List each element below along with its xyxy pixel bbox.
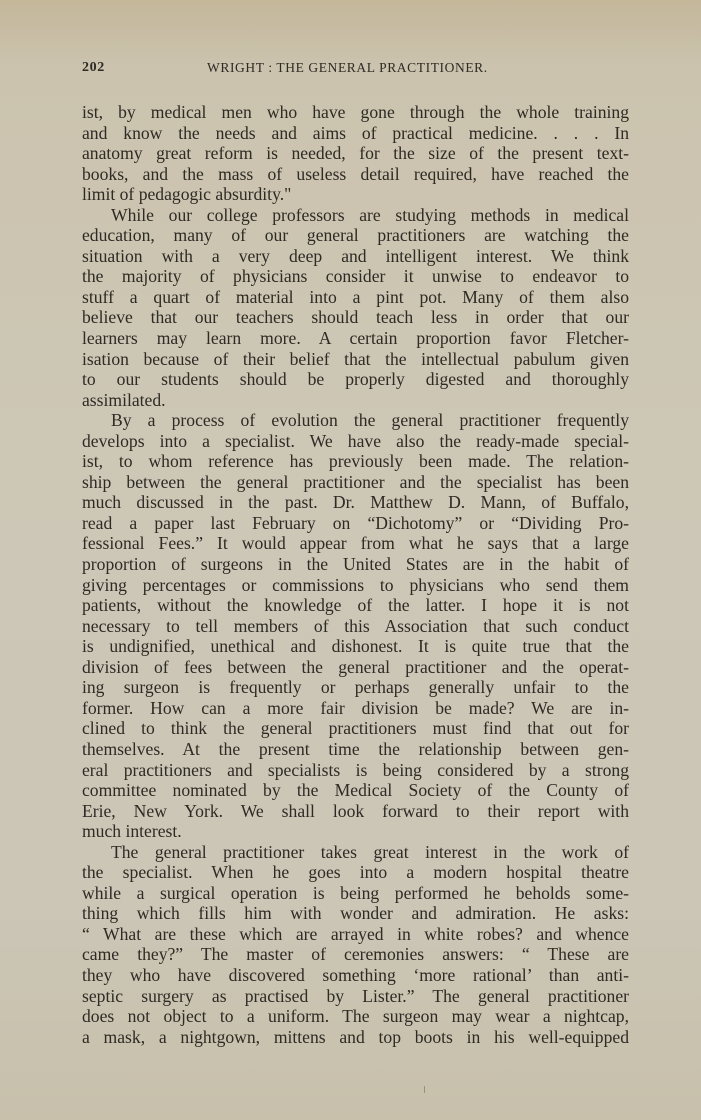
running-title: WRIGHT : THE GENERAL PRACTITIONER. — [207, 60, 488, 76]
text-line: Erie, New York. We shall look forward to… — [82, 801, 629, 822]
text-line: much interest. — [82, 821, 629, 842]
text-line: while a surgical operation is being perf… — [82, 883, 629, 904]
text-line: isation because of their belief that the… — [82, 349, 629, 370]
text-line: stuff a quart of material into a pint po… — [82, 287, 629, 308]
text-line: read a paper last February on “Dichotomy… — [82, 513, 629, 534]
text-line: and know the needs and aims of practical… — [82, 123, 629, 144]
text-line: By a process of evolution the general pr… — [82, 410, 629, 431]
text-line: division of fees between the general pra… — [82, 657, 629, 678]
text-line: eral practitioners and specialists is be… — [82, 760, 629, 781]
text-line: education, many of our general practitio… — [82, 225, 629, 246]
text-line: learners may learn more. A certain propo… — [82, 328, 629, 349]
text-line: came they?” The master of ceremonies ans… — [82, 944, 629, 965]
body-text: ist, by medical men who have gone throug… — [82, 102, 629, 1047]
running-head: 202 WRIGHT : THE GENERAL PRACTITIONER. — [82, 60, 629, 82]
text-line: develops into a specialist. We have also… — [82, 431, 629, 452]
print-mark — [424, 1086, 425, 1093]
text-line: “ What are these which are arrayed in wh… — [82, 924, 629, 945]
text-line: necessary to tell members of this Associ… — [82, 616, 629, 637]
text-line: ist, to whom reference has previously be… — [82, 451, 629, 472]
text-line: themselves. At the present time the rela… — [82, 739, 629, 760]
text-line: The general practitioner takes great int… — [82, 842, 629, 863]
text-line: anatomy great reform is needed, for the … — [82, 143, 629, 164]
book-page: 202 WRIGHT : THE GENERAL PRACTITIONER. i… — [82, 60, 629, 1047]
text-line: much discussed in the past. Dr. Matthew … — [82, 492, 629, 513]
paragraph-2: While our college professors are studyin… — [82, 205, 629, 410]
text-line: proportion of surgeons in the United Sta… — [82, 554, 629, 575]
text-line: While our college professors are studyin… — [82, 205, 629, 226]
text-line: former. How can a more fair division be … — [82, 698, 629, 719]
text-line: they who have discovered something ‘more… — [82, 965, 629, 986]
text-line: situation with a very deep and intellige… — [82, 246, 629, 267]
paragraph-3: By a process of evolution the general pr… — [82, 410, 629, 841]
text-line: books, and the mass of useless detail re… — [82, 164, 629, 185]
text-line: ist, by medical men who have gone throug… — [82, 102, 629, 123]
page-number: 202 — [82, 60, 105, 76]
text-line: clined to think the general practitioner… — [82, 718, 629, 739]
text-line: is undignified, unethical and dishonest.… — [82, 636, 629, 657]
text-line: ing surgeon is frequently or perhaps gen… — [82, 677, 629, 698]
text-line: does not object to a uniform. The surgeo… — [82, 1006, 629, 1027]
text-line: the majority of physicians consider it u… — [82, 266, 629, 287]
text-line: assimilated. — [82, 390, 629, 411]
text-line: limit of pedagogic absurdity." — [82, 184, 629, 205]
text-line: committee nominated by the Medical Socie… — [82, 780, 629, 801]
paragraph-4: The general practitioner takes great int… — [82, 842, 629, 1047]
text-line: a mask, a nightgown, mittens and top boo… — [82, 1027, 629, 1048]
text-line: the specialist. When he goes into a mode… — [82, 862, 629, 883]
text-line: ship between the general practitioner an… — [82, 472, 629, 493]
paragraph-1: ist, by medical men who have gone throug… — [82, 102, 629, 205]
text-line: fessional Fees.” It would appear from wh… — [82, 533, 629, 554]
text-line: to our students should be properly diges… — [82, 369, 629, 390]
text-line: giving percentages or commissions to phy… — [82, 575, 629, 596]
text-line: patients, without the knowledge of the l… — [82, 595, 629, 616]
text-line: believe that our teachers should teach l… — [82, 307, 629, 328]
text-line: septic surgery as practised by Lister.” … — [82, 986, 629, 1007]
text-line: thing which fills him with wonder and ad… — [82, 903, 629, 924]
